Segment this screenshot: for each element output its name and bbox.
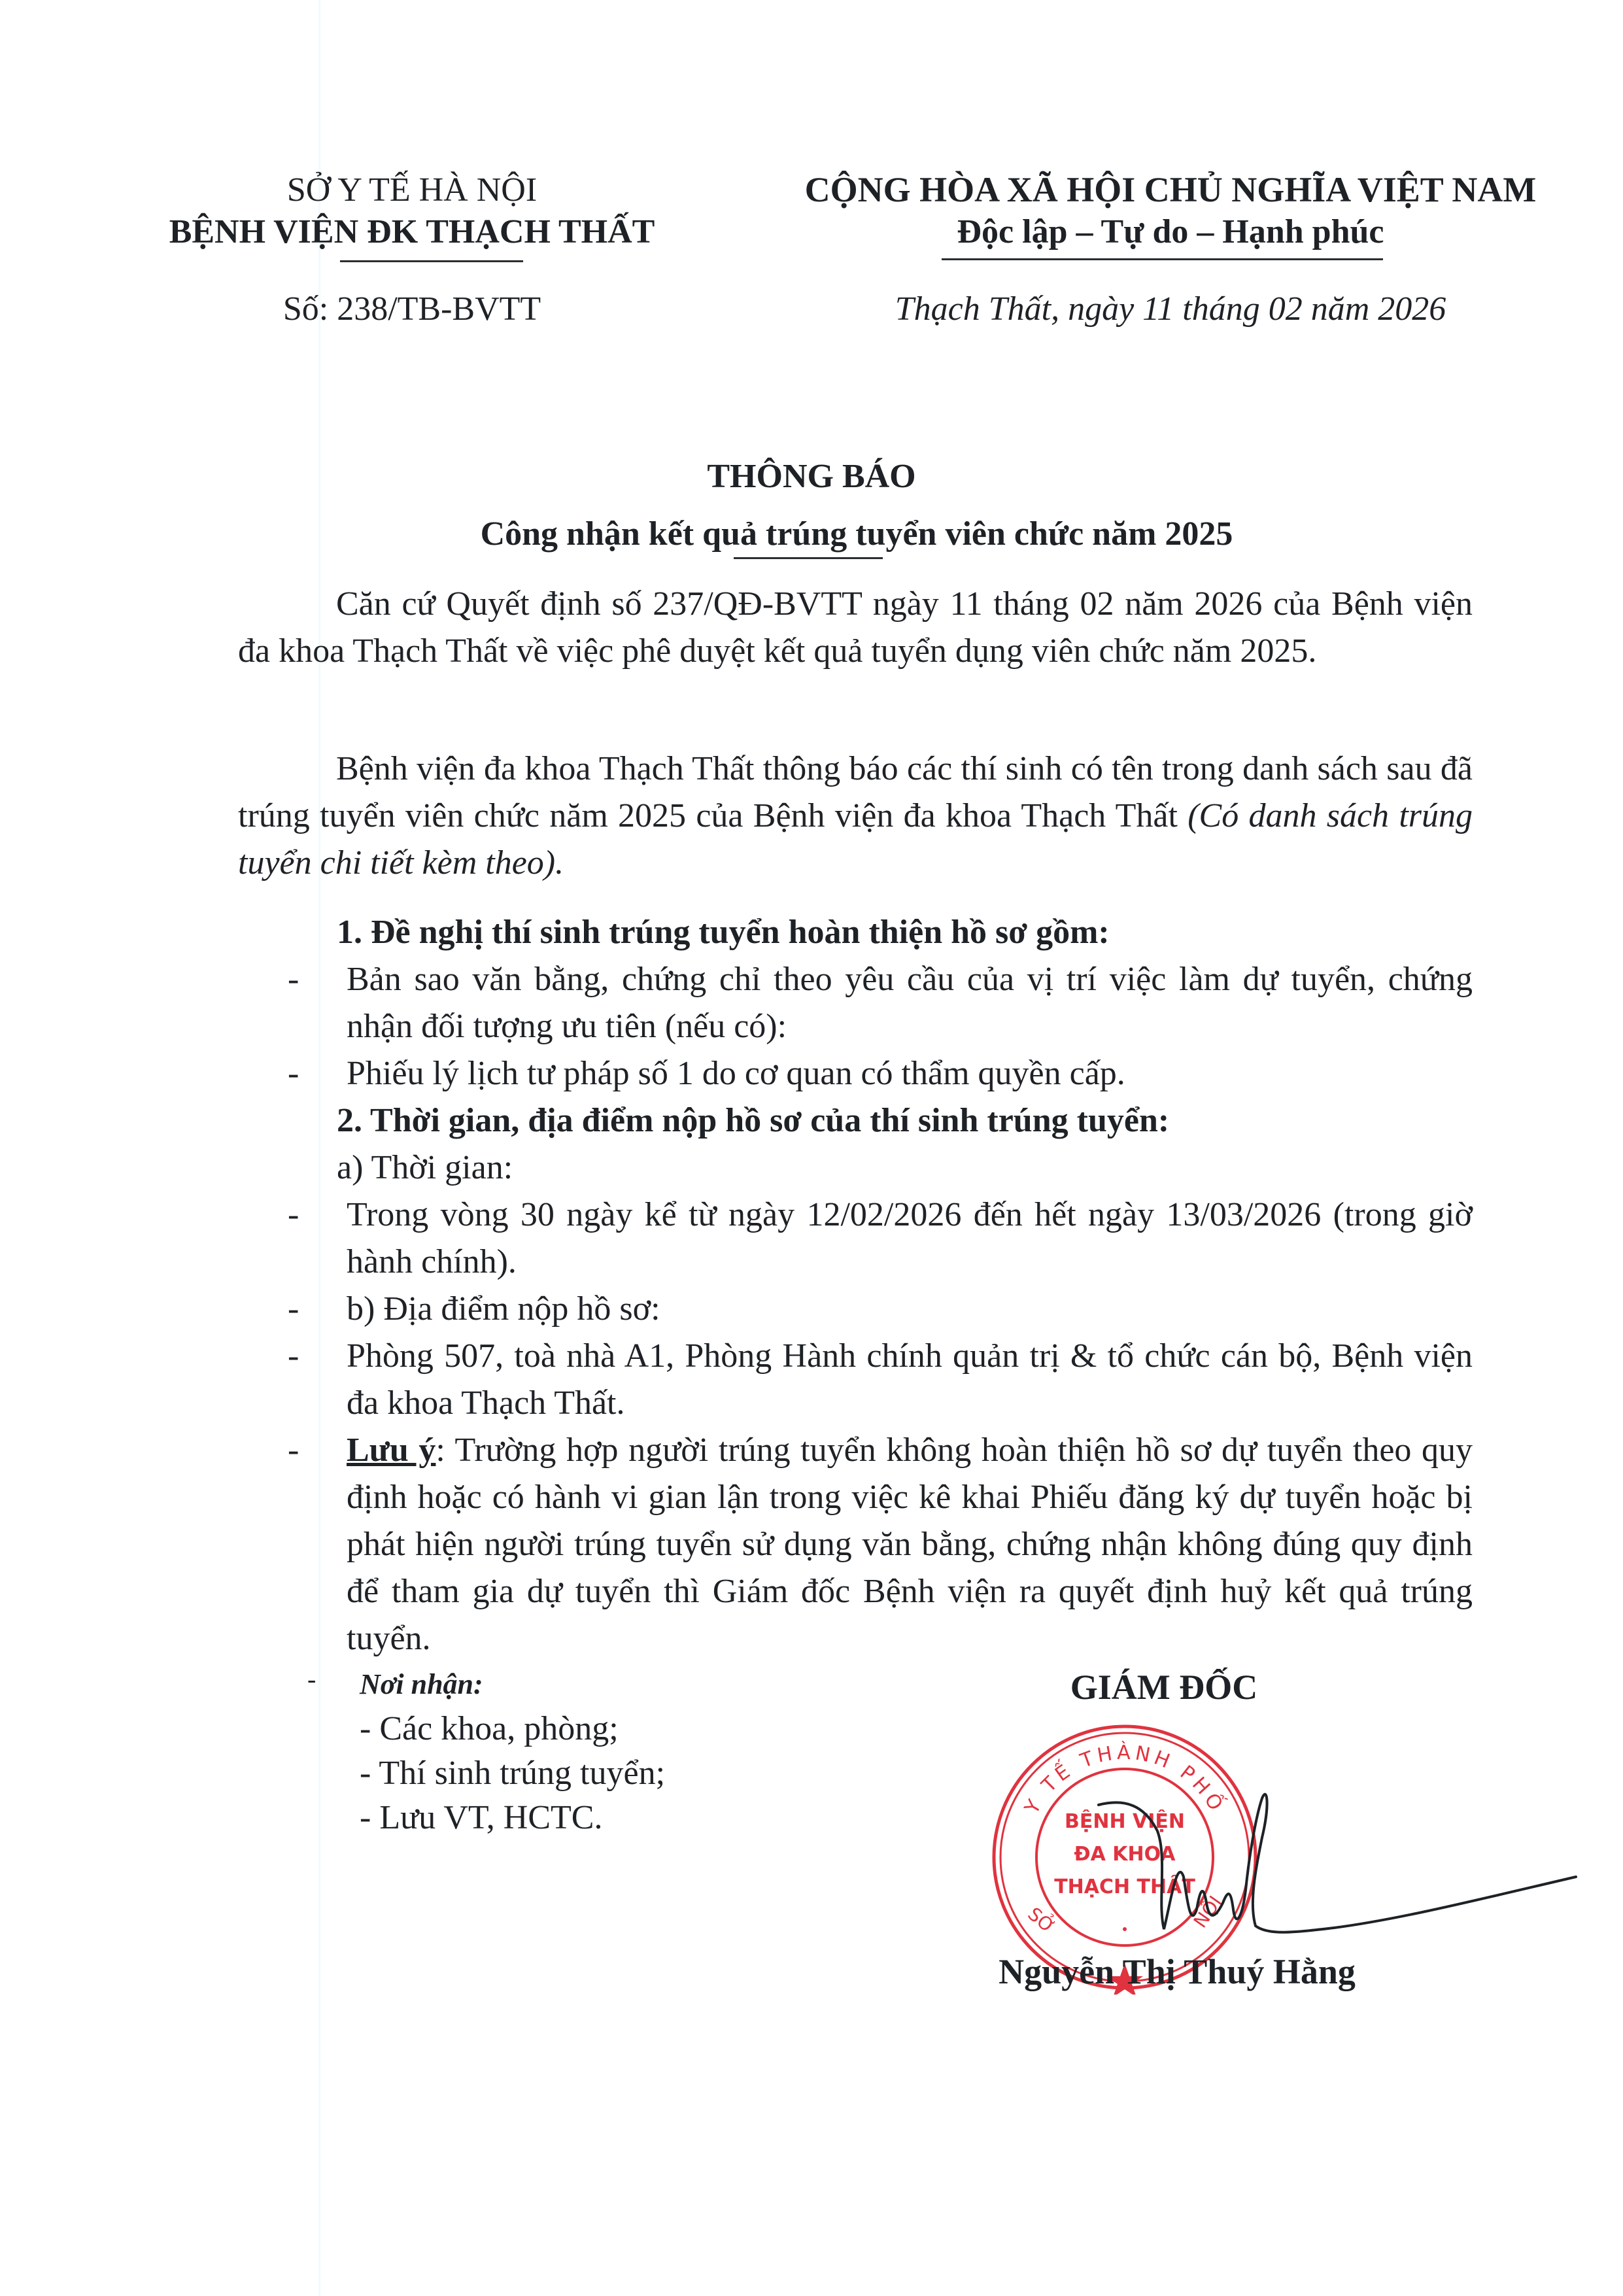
recipient-item: - Các khoa, phòng; <box>307 1707 830 1751</box>
dash-bullet: - <box>288 1333 299 1380</box>
note-item: - Lưu ý: Trường hợp người trúng tuyển kh… <box>288 1427 1473 1662</box>
list-item: - Bản sao văn bằng, chứng chỉ theo yêu c… <box>288 956 1473 1050</box>
recipients-block: - Nơi nhận: - Các khoa, phòng; - Thí sin… <box>307 1661 830 1840</box>
announcement-paragraph: Bệnh viện đa khoa Thạch Thất thông báo c… <box>238 745 1473 887</box>
basis-paragraph: Căn cứ Quyết định số 237/QĐ-BVTT ngày 11… <box>238 581 1473 675</box>
note-label: Lưu ý <box>347 1431 436 1469</box>
section-2-heading: 2. Thời gian, địa điểm nộp hồ sơ của thí… <box>288 1097 1473 1144</box>
dash-bullet: - <box>288 1050 299 1097</box>
sub-heading-location: b) Địa điểm nộp hồ sơ: <box>347 1290 660 1328</box>
list-item: - Phòng 507, toà nhà A1, Phòng Hành chín… <box>288 1333 1473 1427</box>
subtitle-underline <box>734 557 883 559</box>
section-1: 1. Đề nghị thí sinh trúng tuyển hoàn thi… <box>288 909 1473 1662</box>
dash-bullet: - <box>288 1191 299 1239</box>
agency-name: SỞ Y TẾ HÀ NỘI <box>118 169 706 212</box>
handwritten-signature-icon <box>1059 1779 1582 1949</box>
organization-name: BỆNH VIỆN ĐK THẠCH THẤT <box>118 211 706 254</box>
dash-bullet: - <box>288 1427 299 1474</box>
document-number: Số: 238/TB-BVTT <box>118 288 706 331</box>
motto-underline <box>942 258 1383 260</box>
list-item: - b) Địa điểm nộp hồ sơ: <box>288 1286 1473 1333</box>
recipients-label: Nơi nhận: <box>360 1668 483 1700</box>
list-item: - Phiếu lý lịch tư pháp số 1 do cơ quan … <box>288 1050 1473 1097</box>
list-item-text: Trong vòng 30 ngày kể từ ngày 12/02/2026… <box>347 1196 1473 1280</box>
list-item-text: Phòng 507, toà nhà A1, Phòng Hành chính … <box>347 1337 1473 1422</box>
dash-bullet: - <box>288 956 299 1003</box>
dash-bullet: - <box>307 1657 316 1702</box>
recipient-item: - Lưu VT, HCTC. <box>307 1796 830 1840</box>
document-subtitle: Công nhận kết quả trúng tuyển viên chức … <box>0 513 1623 556</box>
signer-title: GIÁM ĐỐC <box>961 1664 1367 1710</box>
signer-name: Nguyễn Thị Thuý Hằng <box>915 1949 1439 1995</box>
national-motto: Độc lập – Tự do – Hạnh phúc <box>765 211 1576 254</box>
list-item-text: Bản sao văn bằng, chứng chỉ theo yêu cầu… <box>347 961 1473 1045</box>
recipient-item: - Thí sinh trúng tuyển; <box>307 1751 830 1796</box>
sub-heading-time: a) Thời gian: <box>288 1144 1473 1191</box>
svg-text:SỞ: SỞ <box>1024 1902 1061 1938</box>
place-and-date: Thạch Thất, ngày 11 tháng 02 năm 2026 <box>765 288 1576 331</box>
section-1-heading: 1. Đề nghị thí sinh trúng tuyển hoàn thi… <box>288 909 1473 956</box>
organization-underline <box>340 260 523 262</box>
document-title: THÔNG BÁO <box>0 455 1623 498</box>
list-item-text: Phiếu lý lịch tư pháp số 1 do cơ quan có… <box>347 1055 1125 1092</box>
list-item: - Trong vòng 30 ngày kể từ ngày 12/02/20… <box>288 1191 1473 1286</box>
country-name: CỘNG HÒA XÃ HỘI CHỦ NGHĨA VIỆT NAM <box>765 167 1576 213</box>
dash-bullet: - <box>288 1286 299 1333</box>
note-text: : Trường hợp người trúng tuyển không hoà… <box>347 1431 1473 1657</box>
